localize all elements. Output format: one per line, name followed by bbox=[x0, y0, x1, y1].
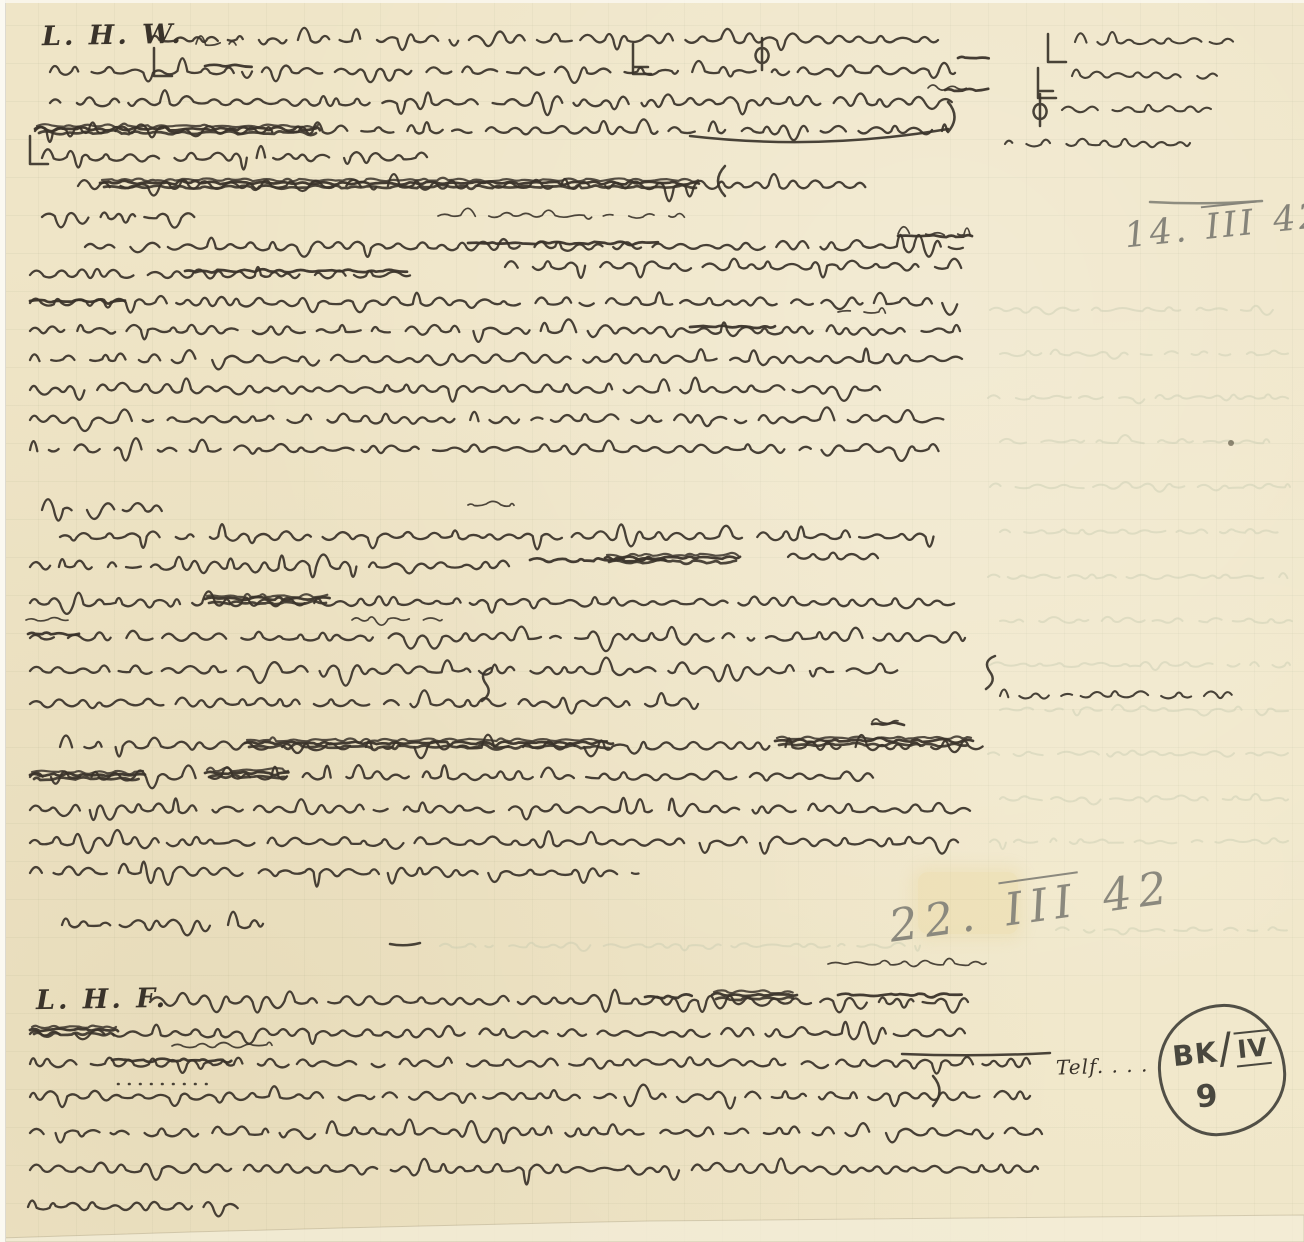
stamp-roman: IV bbox=[1234, 1028, 1272, 1066]
margin-note-telf: Telf. . . . bbox=[1056, 1052, 1149, 1079]
date1-month-roman: III bbox=[1201, 200, 1262, 248]
date2-year: 42 bbox=[1099, 860, 1177, 922]
salutation-letter-1: L. H. W. bbox=[42, 19, 184, 52]
date2-month-roman: III bbox=[998, 871, 1085, 937]
date1-year: 42 bbox=[1271, 196, 1304, 241]
ink-speck bbox=[1228, 440, 1234, 446]
date1-day: 14. bbox=[1122, 210, 1190, 257]
stamp-number: 9 bbox=[1195, 1077, 1220, 1115]
stamp-signature: BK/IV bbox=[1170, 1022, 1272, 1081]
page-edge-left bbox=[0, 0, 6, 1242]
manuscript-page: L. H. W. L. H. F. 14. III 42 22. III 42 … bbox=[0, 0, 1304, 1242]
page-edge-top bbox=[0, 0, 1304, 3]
stamp-prefix: BK bbox=[1171, 1035, 1219, 1073]
salutation-letter-2: L. H. F. bbox=[36, 983, 168, 1016]
